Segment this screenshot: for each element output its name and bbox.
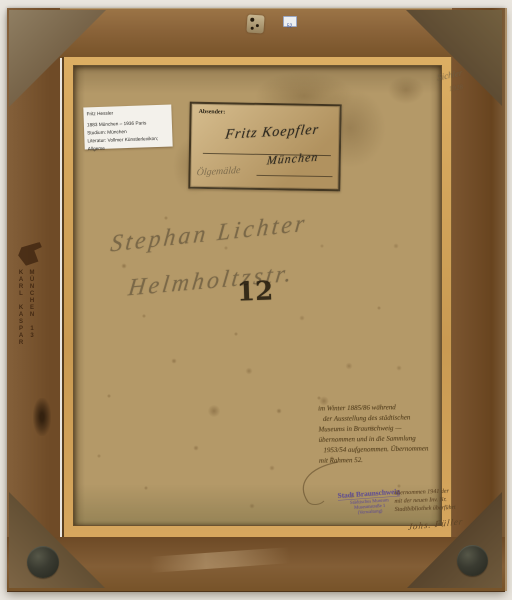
sender-city-handwriting: München — [266, 150, 319, 169]
artist-literature: Literatur: Vollmer Künstlerlexikon; Allg… — [87, 134, 176, 153]
sender-field-caption: Absender: — [199, 109, 226, 115]
sender-label: Absender: Fritz Koepfler München Ölgemäl… — [188, 102, 341, 192]
inventory-sticker: 52 — [283, 16, 297, 27]
hanging-plate — [246, 14, 264, 33]
ink-provenance-note: im Winter 1885/86 während der Ausstellun… — [318, 401, 461, 466]
wax-seal-left — [27, 546, 59, 578]
screw-hole — [250, 18, 254, 22]
maker-stamp-text: MÜNCHEN 13 — [29, 270, 35, 354]
number-stamp: 12 — [236, 276, 273, 307]
screw-hole — [256, 24, 259, 27]
maker-stamp-icon — [14, 242, 44, 267]
sender-name-handwriting: Fritz Koepfler — [224, 123, 320, 144]
frame-back-photo: 52 Fritz Hessler 1883 München – 1936 Par… — [0, 0, 512, 600]
wax-seal-right — [457, 545, 488, 576]
transfer-annotation: übernommen 1941 der mit der neuen Inv. N… — [394, 486, 477, 514]
artist-info-label: Fritz Hessler 1883 München – 1936 Paris … — [83, 104, 172, 149]
label-rule — [256, 175, 332, 177]
inventory-number: 52 — [287, 24, 293, 29]
screw-hole — [251, 27, 254, 30]
artist-name: Fritz Hessler — [86, 107, 174, 118]
maker-stamp-text: KARL KASPAR — [18, 270, 24, 354]
sender-note-handwriting: Ölgemälde — [196, 165, 241, 178]
frame-maker-stamp: KARL KASPAR MÜNCHEN 13 — [12, 244, 50, 354]
wood-knot — [33, 398, 51, 436]
